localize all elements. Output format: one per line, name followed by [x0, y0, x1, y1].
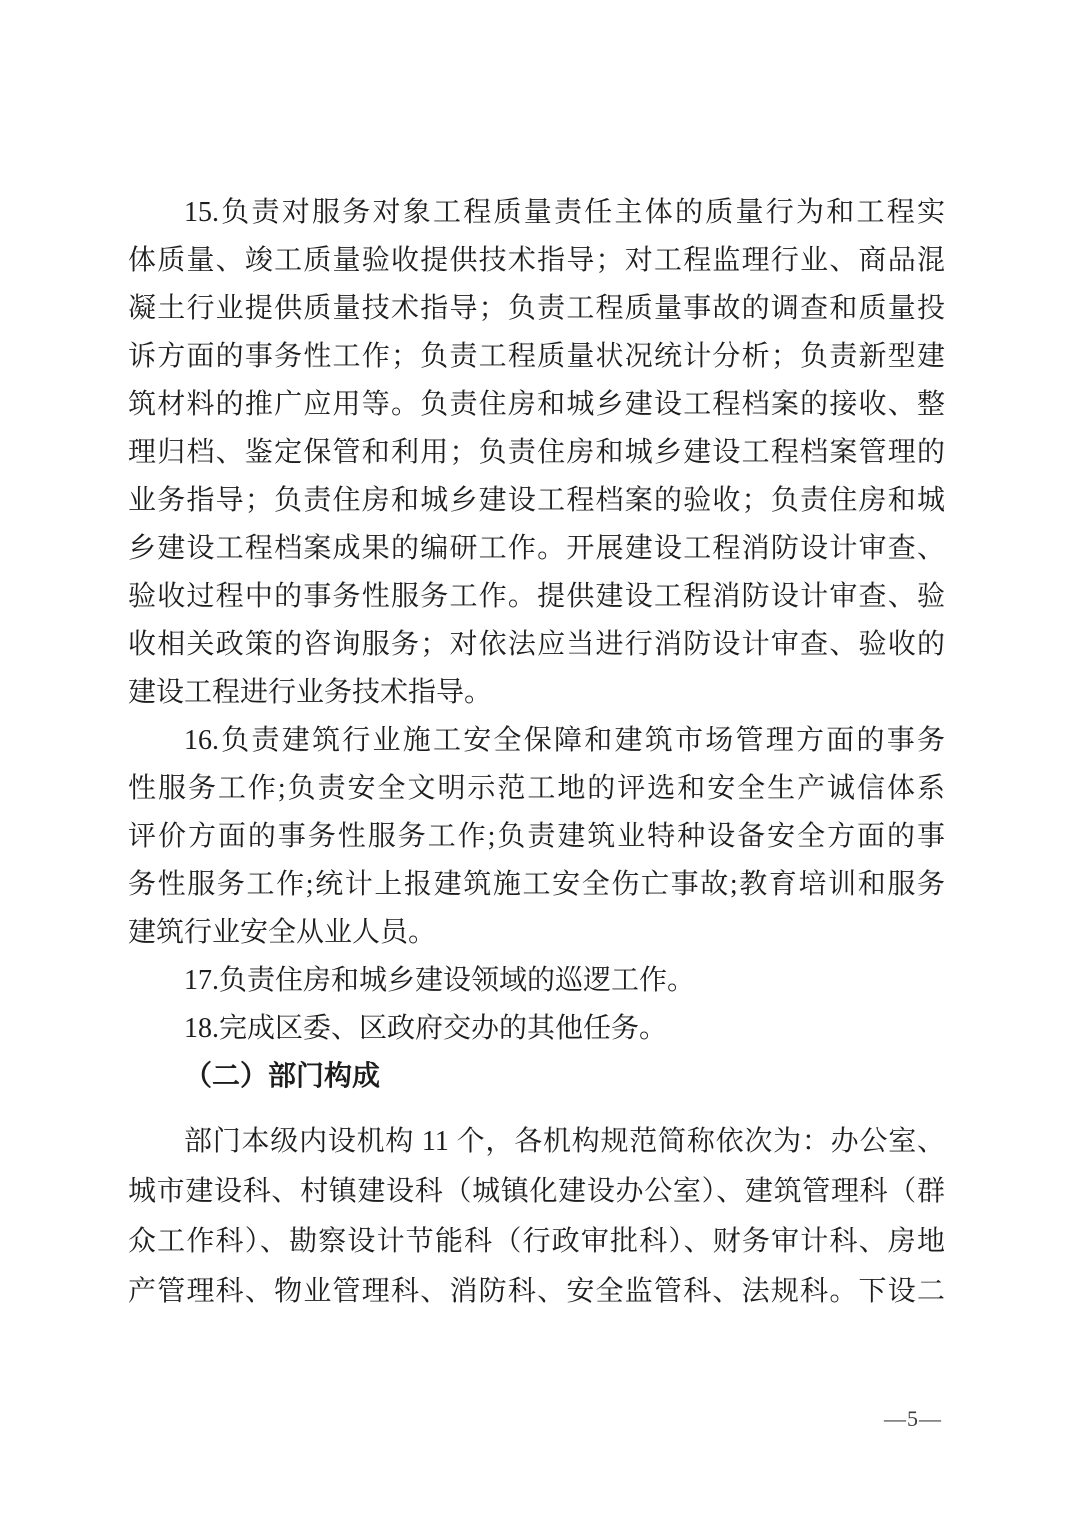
text-line: 部门本级内设机构 11 个，各机构规范简称依次为：办公室、: [128, 1117, 945, 1167]
text-line: 15.负责对服务对象工程质量责任主体的质量行为和工程实: [128, 189, 945, 237]
text-line: 性服务工作;负责安全文明示范工地的评选和安全生产诚信体系: [128, 765, 945, 813]
item-15: 15.负责对服务对象工程质量责任主体的质量行为和工程实体质量、竣工质量验收提供技…: [128, 189, 945, 717]
document-page: 15.负责对服务对象工程质量责任主体的质量行为和工程实体质量、竣工质量验收提供技…: [0, 0, 1074, 1520]
document-body: 15.负责对服务对象工程质量责任主体的质量行为和工程实体质量、竣工质量验收提供技…: [128, 189, 945, 1317]
text-line: 务性服务工作;统计上报建筑施工安全伤亡事故;教育培训和服务: [128, 861, 945, 909]
text-line: 理归档、鉴定保管和利用；负责住房和城乡建设工程档案管理的: [128, 429, 945, 477]
item-17: 17.负责住房和城乡建设领域的巡逻工作。: [128, 957, 945, 1005]
item-18: 18.完成区委、区政府交办的其他任务。: [128, 1005, 945, 1053]
dept-composition: 部门本级内设机构 11 个，各机构规范简称依次为：办公室、城市建设科、村镇建设科…: [128, 1117, 945, 1317]
page-number: —5—: [884, 1406, 942, 1432]
text-line: 产管理科、物业管理科、消防科、安全监管科、法规科。下设二: [128, 1267, 945, 1317]
text-line: 乡建设工程档案成果的编研工作。开展建设工程消防设计审查、: [128, 525, 945, 573]
heading-line: （二）部门构成: [128, 1053, 945, 1101]
text-line: 城市建设科、村镇建设科（城镇化建设办公室）、建筑管理科（群: [128, 1167, 945, 1217]
text-line: 收相关政策的咨询服务；对依法应当进行消防设计审查、验收的: [128, 621, 945, 669]
item-16: 16.负责建筑行业施工安全保障和建筑市场管理方面的事务性服务工作;负责安全文明示…: [128, 717, 945, 957]
text-line: 17.负责住房和城乡建设领域的巡逻工作。: [128, 957, 945, 1005]
text-line: 众工作科）、勘察设计节能科（行政审批科）、财务审计科、房地: [128, 1217, 945, 1267]
section-heading: （二）部门构成: [128, 1053, 945, 1101]
text-line: 业务指导；负责住房和城乡建设工程档案的验收；负责住房和城: [128, 477, 945, 525]
text-line: 评价方面的事务性服务工作;负责建筑业特种设备安全方面的事: [128, 813, 945, 861]
text-line: 验收过程中的事务性服务工作。提供建设工程消防设计审查、验: [128, 573, 945, 621]
text-line: 体质量、竣工质量验收提供技术指导；对工程监理行业、商品混: [128, 237, 945, 285]
text-line: 18.完成区委、区政府交办的其他任务。: [128, 1005, 945, 1053]
text-line: 建设工程进行业务技术指导。: [128, 669, 945, 717]
text-line: 筑材料的推广应用等。负责住房和城乡建设工程档案的接收、整: [128, 381, 945, 429]
text-line: 凝土行业提供质量技术指导；负责工程质量事故的调查和质量投: [128, 285, 945, 333]
text-line: 16.负责建筑行业施工安全保障和建筑市场管理方面的事务: [128, 717, 945, 765]
text-line: 诉方面的事务性工作；负责工程质量状况统计分析；负责新型建: [128, 333, 945, 381]
text-line: 建筑行业安全从业人员。: [128, 909, 945, 957]
